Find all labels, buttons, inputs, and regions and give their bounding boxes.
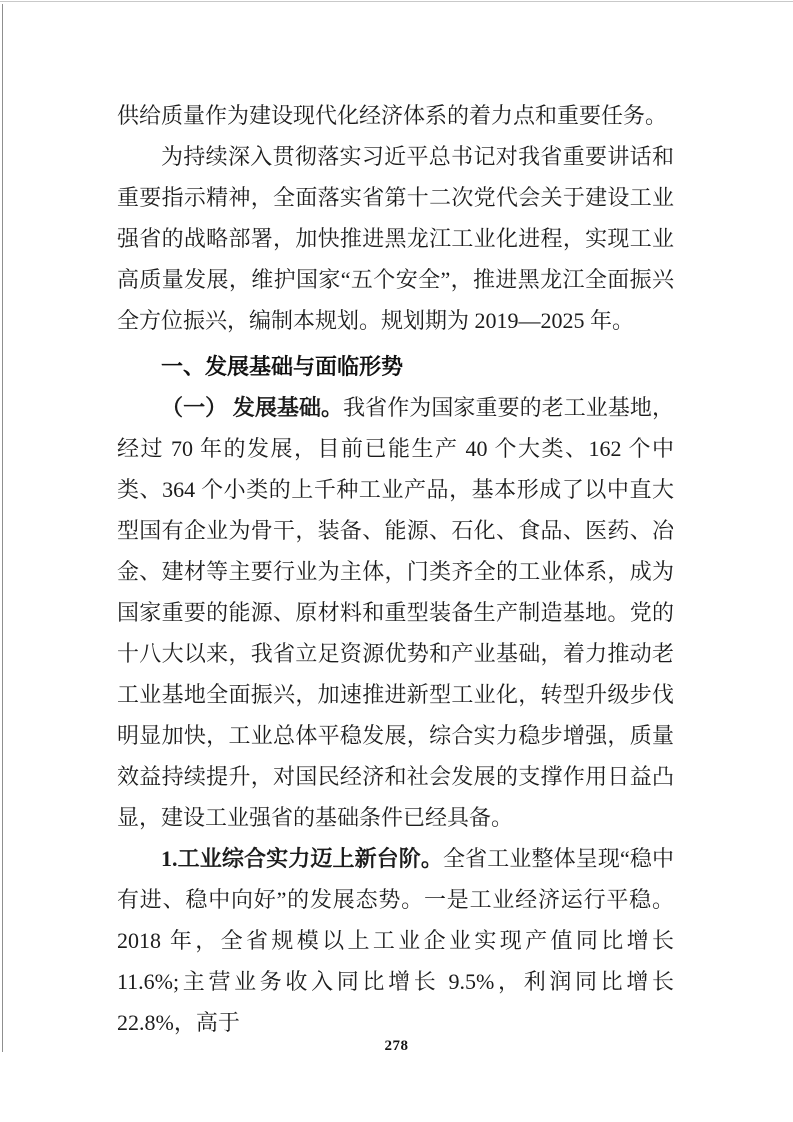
paragraph-plan-intro: 为持续深入贯彻落实习近平总书记对我省重要讲话和重要指示精神，全面落实省第十二次党… xyxy=(117,136,674,341)
scan-edge-left xyxy=(2,4,3,1052)
section-heading: 一、发展基础与面临形势 xyxy=(117,346,674,387)
paragraph-industrial-strength: 1.工业综合实力迈上新台阶。全省工业整体呈现“稳中有进、稳中向好”的发展态势。一… xyxy=(117,838,674,1043)
page-content: 供给质量作为建设现代化经济体系的着力点和重要任务。 为持续深入贯彻落实习近平总书… xyxy=(117,95,674,1043)
page-number: 278 xyxy=(0,1038,793,1055)
scan-edge-top xyxy=(0,1,793,2)
point-title-lead: 1.工业综合实力迈上新台阶。 xyxy=(161,846,443,871)
subsection-title-lead: （一） 发展基础。 xyxy=(161,395,343,420)
paragraph-continued: 供给质量作为建设现代化经济体系的着力点和重要任务。 xyxy=(117,95,674,136)
point-body-text: 全省工业整体呈现“稳中有进、稳中向好”的发展态势。一是工业经济运行平稳。2018… xyxy=(117,846,674,1035)
document-page: 供给质量作为建设现代化经济体系的着力点和重要任务。 为持续深入贯彻落实习近平总书… xyxy=(0,0,793,1122)
paragraph-development-basis: （一） 发展基础。我省作为国家重要的老工业基地，经过 70 年的发展，目前已能生… xyxy=(117,387,674,838)
subsection-body-text: 我省作为国家重要的老工业基地，经过 70 年的发展，目前已能生产 40 个大类、… xyxy=(117,395,674,830)
